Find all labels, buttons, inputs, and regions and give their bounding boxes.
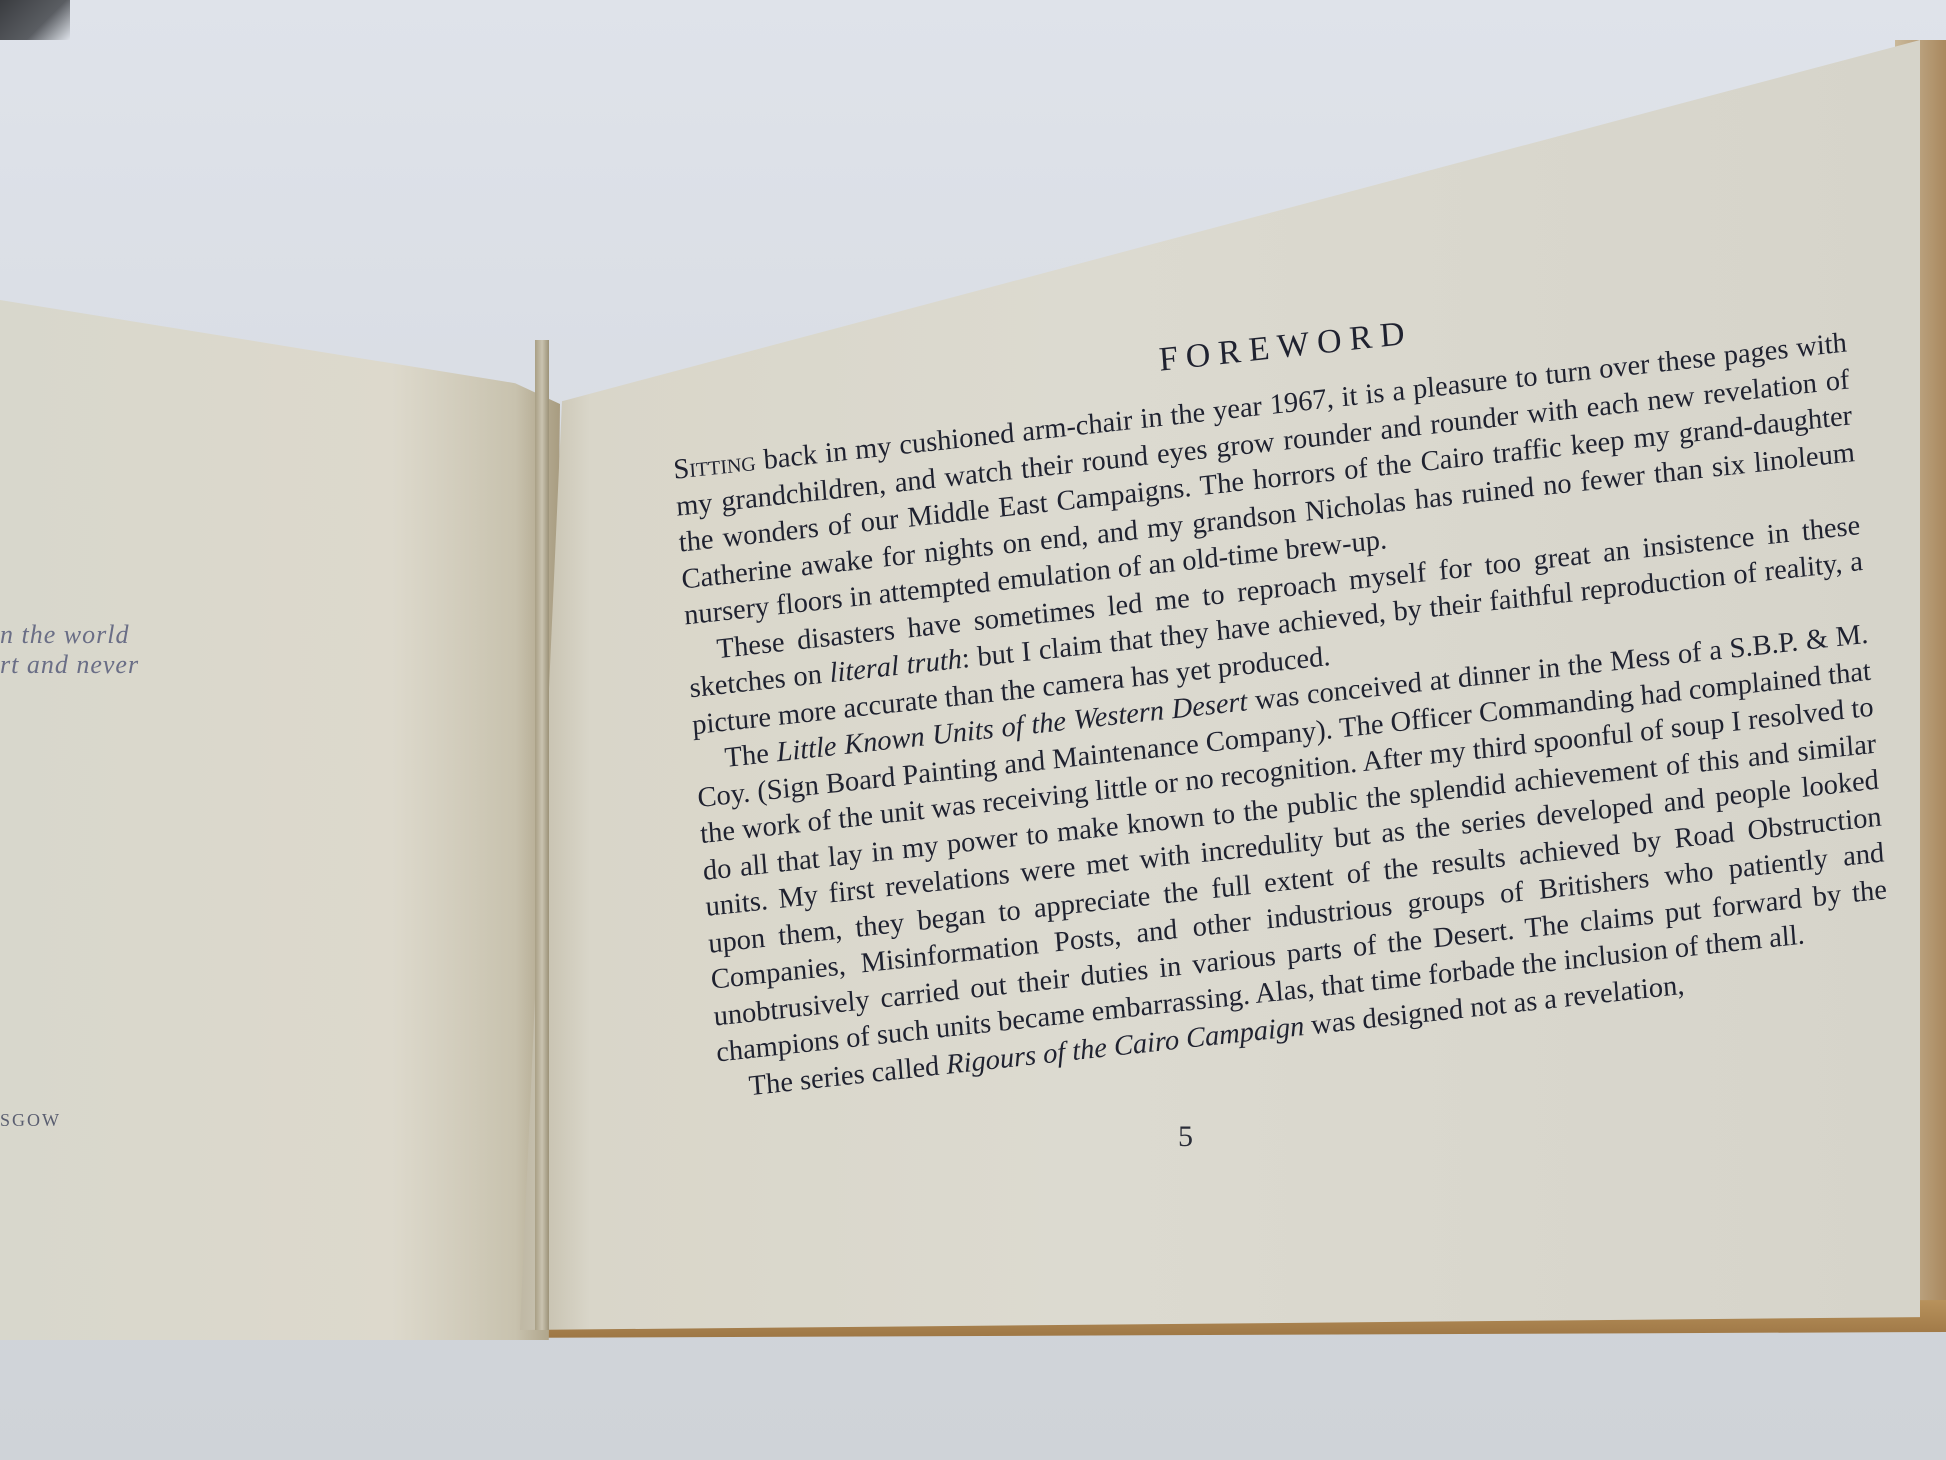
left-page-line-2: rt and never bbox=[0, 650, 139, 680]
book-gutter bbox=[535, 340, 549, 1330]
foreword-body: Sitting back in my cushioned arm-chair i… bbox=[672, 325, 1893, 1108]
left-page-line-1: n the world bbox=[0, 620, 129, 650]
left-text-fragment: n bbox=[0, 620, 14, 649]
background-corner bbox=[0, 0, 70, 40]
paragraph-text: The bbox=[724, 737, 778, 774]
lead-word: Sitting bbox=[672, 446, 756, 486]
page-number: 5 bbox=[1178, 1120, 1193, 1154]
left-page-footer: SGOW bbox=[0, 1110, 61, 1131]
foreword-content: FOREWORD Sitting back in my cushioned ar… bbox=[668, 268, 1893, 1109]
left-page bbox=[0, 300, 560, 1340]
left-text-fragment: the world bbox=[22, 620, 130, 649]
